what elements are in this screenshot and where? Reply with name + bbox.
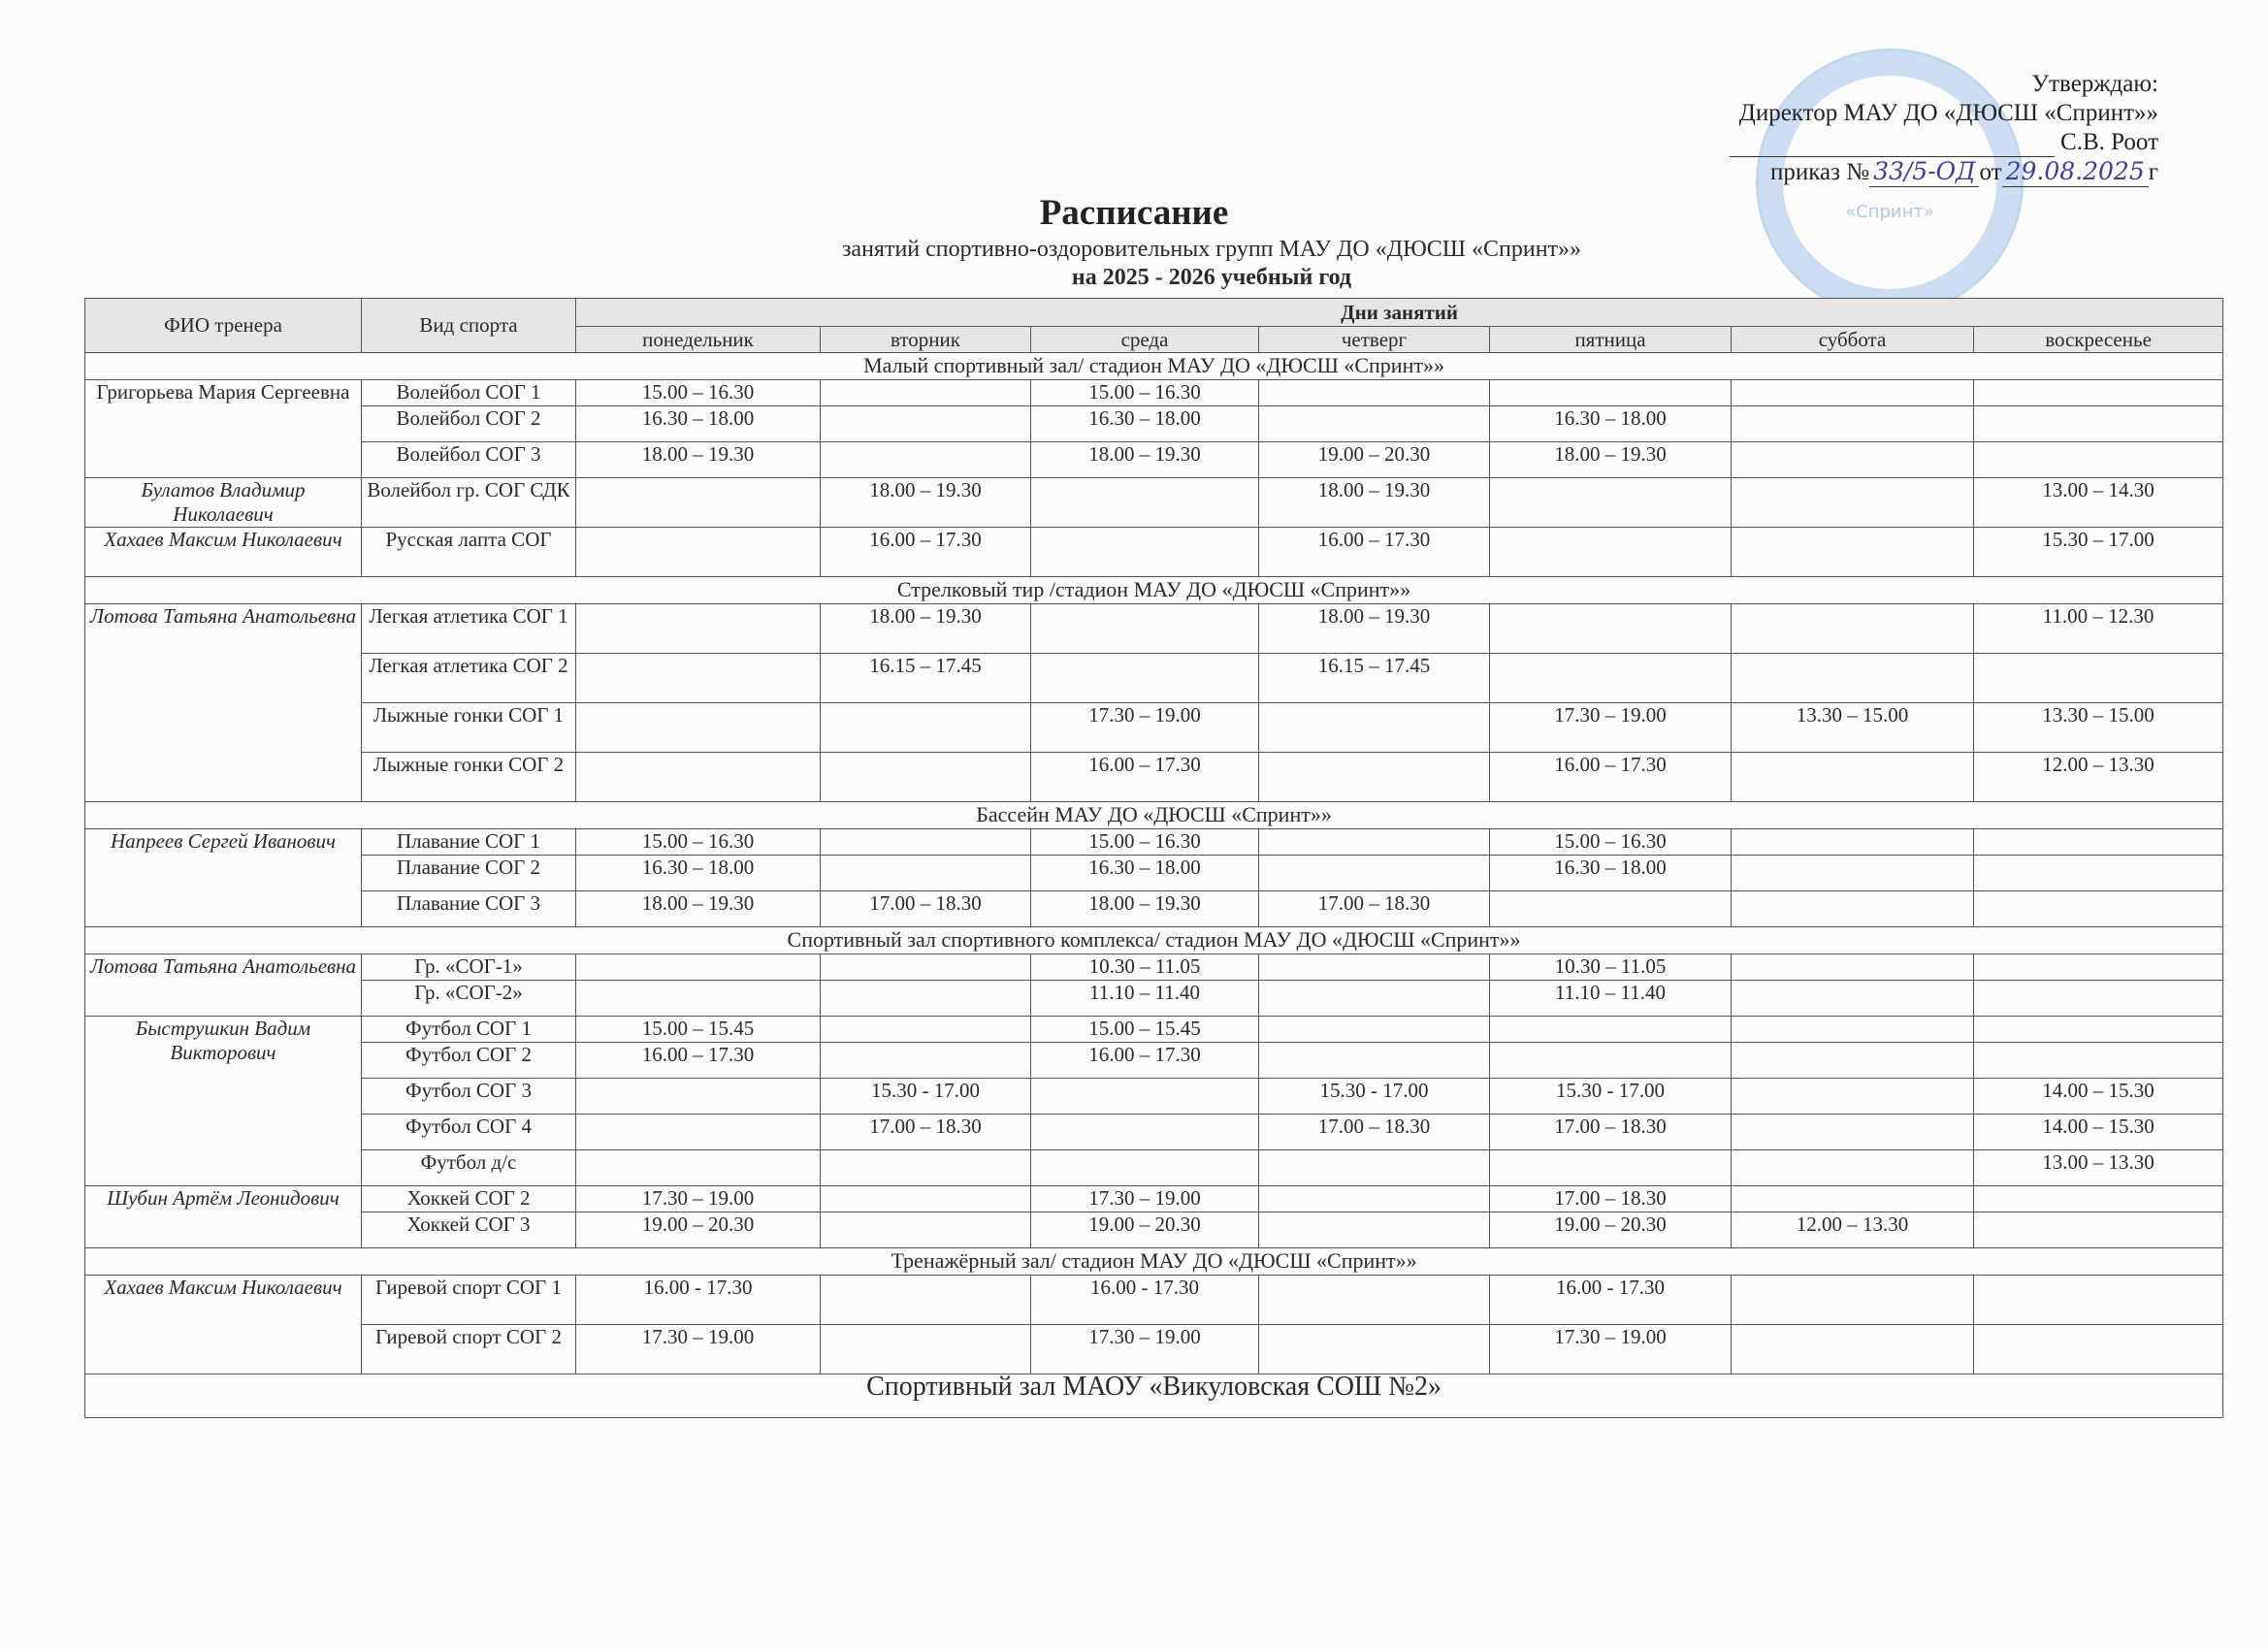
time-slot: 19.00 – 20.30 [1490, 1212, 1732, 1248]
sport-group: Плавание СОГ 3 [362, 891, 576, 927]
venue-heading: Бассейн МАУ ДО «ДЮСШ «Спринт»» [85, 802, 2223, 829]
time-slot [821, 380, 1031, 406]
coach-name: Лотова Татьяна Анатольевна [85, 954, 362, 1017]
time-slot: 16.00 – 17.30 [1031, 753, 1259, 802]
header-day: суббота [1732, 327, 1974, 353]
time-slot: 15.00 – 16.30 [576, 380, 821, 406]
time-slot: 15.00 – 15.45 [1031, 1017, 1259, 1043]
time-slot: 16.00 – 17.30 [821, 528, 1031, 577]
time-slot [821, 406, 1031, 442]
time-slot [1974, 954, 2223, 981]
time-slot: 18.00 – 19.30 [1490, 442, 1732, 478]
table-row: Футбол д/с13.00 – 13.30 [85, 1150, 2223, 1186]
time-slot: 17.30 – 19.00 [576, 1325, 821, 1374]
venue-heading: Стрелковый тир /стадион МАУ ДО «ДЮСШ «Сп… [85, 577, 2223, 604]
time-slot: 18.00 – 19.30 [1031, 891, 1259, 927]
time-slot [1732, 604, 1974, 654]
time-slot [1259, 1325, 1490, 1374]
time-slot [821, 954, 1031, 981]
approval-heading: Утверждаю: [1730, 70, 2158, 99]
time-slot [1732, 1043, 1974, 1079]
time-slot: 16.00 - 17.30 [1490, 1276, 1732, 1325]
document-year: на 2025 - 2026 учебный год [155, 264, 2268, 291]
time-slot [1732, 406, 1974, 442]
header-day: понедельник [576, 327, 821, 353]
time-slot: 16.00 – 17.30 [1259, 528, 1490, 577]
time-slot: 10.30 – 11.05 [1031, 954, 1259, 981]
header-day: вторник [821, 327, 1031, 353]
sport-group: Плавание СОГ 2 [362, 856, 576, 891]
coach-name: Хахаев Максим Николаевич [85, 1276, 362, 1374]
table-row: Напреев Сергей ИвановичПлавание СОГ 115.… [85, 829, 2223, 856]
venue-heading: Спортивный зал спортивного комплекса/ ст… [85, 927, 2223, 954]
sport-group: Лыжные гонки СОГ 1 [362, 703, 576, 753]
time-slot [821, 1186, 1031, 1212]
time-slot: 18.00 – 19.30 [821, 478, 1031, 528]
time-slot [1974, 380, 2223, 406]
time-slot [1490, 528, 1732, 577]
header-day: воскресенье [1974, 327, 2223, 353]
time-slot: 17.30 – 19.00 [576, 1186, 821, 1212]
coach-name: Шубин Артём Леонидович [85, 1186, 362, 1248]
time-slot: 18.00 – 19.30 [821, 604, 1031, 654]
time-slot [1974, 1212, 2223, 1248]
time-slot [1732, 478, 1974, 528]
time-slot: 17.30 – 19.00 [1490, 703, 1732, 753]
time-slot [821, 442, 1031, 478]
time-slot: 17.00 – 18.30 [821, 1115, 1031, 1150]
time-slot [821, 856, 1031, 891]
coach-name: Булатов Владимир Николаевич [85, 478, 362, 528]
document-title: Расписание [0, 192, 2268, 235]
time-slot [1974, 654, 2223, 703]
time-slot [1490, 380, 1732, 406]
time-slot [1259, 703, 1490, 753]
time-slot [821, 1043, 1031, 1079]
table-row: Гиревой спорт СОГ 217.30 – 19.0017.30 – … [85, 1325, 2223, 1374]
time-slot [1259, 1276, 1490, 1325]
time-slot: 18.00 – 19.30 [1259, 478, 1490, 528]
time-slot [1974, 891, 2223, 927]
time-slot [1031, 1150, 1259, 1186]
sport-group: Гр. «СОГ-2» [362, 981, 576, 1017]
coach-name: Напреев Сергей Иванович [85, 829, 362, 927]
time-slot: 16.00 – 17.30 [1490, 753, 1732, 802]
time-slot [1732, 1079, 1974, 1115]
table-row: Григорьева Мария СергеевнаВолейбол СОГ 1… [85, 380, 2223, 406]
sport-group: Легкая атлетика СОГ 2 [362, 654, 576, 703]
time-slot: 15.00 – 15.45 [576, 1017, 821, 1043]
time-slot [1732, 1017, 1974, 1043]
table-row: Хахаев Максим НиколаевичРусская лапта СО… [85, 528, 2223, 577]
header-sport: Вид спорта [362, 299, 576, 353]
time-slot: 10.30 – 11.05 [1490, 954, 1732, 981]
time-slot: 14.00 – 15.30 [1974, 1115, 2223, 1150]
time-slot [1031, 604, 1259, 654]
time-slot [576, 1079, 821, 1115]
time-slot [1732, 1186, 1974, 1212]
time-slot [1732, 856, 1974, 891]
time-slot [1490, 478, 1732, 528]
table-row: Хахаев Максим НиколаевичГиревой спорт СО… [85, 1276, 2223, 1325]
time-slot: 16.30 – 18.00 [1031, 406, 1259, 442]
time-slot [576, 1115, 821, 1150]
time-slot [1490, 891, 1732, 927]
coach-name: Григорьева Мария Сергеевна [85, 380, 362, 478]
venue-row: Стрелковый тир /стадион МАУ ДО «ДЮСШ «Сп… [85, 577, 2223, 604]
time-slot: 11.00 – 12.30 [1974, 604, 2223, 654]
time-slot [1974, 1043, 2223, 1079]
table-row: Лотова Татьяна АнатольевнаЛегкая атлетик… [85, 604, 2223, 654]
time-slot: 17.30 – 19.00 [1031, 1325, 1259, 1374]
time-slot: 17.00 – 18.30 [1490, 1115, 1732, 1150]
table-row: Хоккей СОГ 319.00 – 20.3019.00 – 20.3019… [85, 1212, 2223, 1248]
header-day: пятница [1490, 327, 1732, 353]
time-slot: 18.00 – 19.30 [1259, 604, 1490, 654]
time-slot [1974, 1017, 2223, 1043]
table-row: Шубин Артём ЛеонидовичХоккей СОГ 217.30 … [85, 1186, 2223, 1212]
table-row: Волейбол СОГ 216.30 – 18.0016.30 – 18.00… [85, 406, 2223, 442]
time-slot: 15.00 – 16.30 [1031, 829, 1259, 856]
time-slot [1732, 954, 1974, 981]
time-slot: 18.00 – 19.30 [1031, 442, 1259, 478]
time-slot [1974, 981, 2223, 1017]
venue-row: Спортивный зал МАОУ «Викуловская СОШ №2» [85, 1374, 2223, 1418]
time-slot: 15.00 – 16.30 [1490, 829, 1732, 856]
table-row: Легкая атлетика СОГ 216.15 – 17.4516.15 … [85, 654, 2223, 703]
time-slot: 19.00 – 20.30 [576, 1212, 821, 1248]
time-slot: 15.30 – 17.00 [1974, 528, 2223, 577]
table-row: Футбол СОГ 417.00 – 18.3017.00 – 18.3017… [85, 1115, 2223, 1150]
time-slot: 18.00 – 19.30 [576, 891, 821, 927]
time-slot [576, 981, 821, 1017]
time-slot: 16.00 - 17.30 [576, 1276, 821, 1325]
time-slot [576, 954, 821, 981]
time-slot [1732, 1276, 1974, 1325]
time-slot: 15.30 - 17.00 [821, 1079, 1031, 1115]
time-slot: 13.30 – 15.00 [1974, 703, 2223, 753]
time-slot: 16.30 – 18.00 [1031, 856, 1259, 891]
time-slot: 16.15 – 17.45 [1259, 654, 1490, 703]
time-slot: 17.30 – 19.00 [1031, 703, 1259, 753]
document-header: Расписание занятий спортивно-оздоровител… [0, 192, 2268, 291]
sport-group: Волейбол СОГ 2 [362, 406, 576, 442]
time-slot [1031, 654, 1259, 703]
time-slot [821, 1325, 1031, 1374]
order-prefix: приказ № [1770, 159, 1869, 185]
time-slot: 16.15 – 17.45 [821, 654, 1031, 703]
header-day: четверг [1259, 327, 1490, 353]
time-slot: 17.30 – 19.00 [1031, 1186, 1259, 1212]
time-slot: 17.00 – 18.30 [821, 891, 1031, 927]
table-row: Лыжные гонки СОГ 216.00 – 17.3016.00 – 1… [85, 753, 2223, 802]
time-slot [1031, 1115, 1259, 1150]
time-slot [576, 478, 821, 528]
table-row: Лыжные гонки СОГ 117.30 – 19.0017.30 – 1… [85, 703, 2223, 753]
time-slot [1259, 380, 1490, 406]
table-row: Футбол СОГ 315.30 - 17.0015.30 - 17.0015… [85, 1079, 2223, 1115]
venue-row: Малый спортивный зал/ стадион МАУ ДО «ДЮ… [85, 353, 2223, 380]
time-slot [1732, 829, 1974, 856]
table-row: Плавание СОГ 318.00 – 19.3017.00 – 18.30… [85, 891, 2223, 927]
time-slot [1732, 891, 1974, 927]
order-number: 33/5-ОД [1869, 157, 1979, 187]
time-slot: 17.30 – 19.00 [1490, 1325, 1732, 1374]
time-slot [1031, 528, 1259, 577]
signature [1730, 133, 2055, 157]
time-slot: 11.10 – 11.40 [1031, 981, 1259, 1017]
time-slot: 19.00 – 20.30 [1031, 1212, 1259, 1248]
time-slot [1974, 1325, 2223, 1374]
time-slot [821, 753, 1031, 802]
time-slot: 15.00 – 16.30 [1031, 380, 1259, 406]
sport-group: Футбол СОГ 3 [362, 1079, 576, 1115]
sport-group: Хоккей СОГ 3 [362, 1212, 576, 1248]
table-row: Быструшкин Вадим ВикторовичФутбол СОГ 11… [85, 1017, 2223, 1043]
sport-group: Волейбол СОГ 1 [362, 380, 576, 406]
venue-heading: Спортивный зал МАОУ «Викуловская СОШ №2» [85, 1374, 2223, 1418]
time-slot [1259, 954, 1490, 981]
time-slot: 16.00 - 17.30 [1031, 1276, 1259, 1325]
venue-row: Тренажёрный зал/ стадион МАУ ДО «ДЮСШ «С… [85, 1248, 2223, 1276]
sport-group: Футбол СОГ 2 [362, 1043, 576, 1079]
sport-group: Легкая атлетика СОГ 1 [362, 604, 576, 654]
time-slot: 12.00 – 13.30 [1974, 753, 2223, 802]
document-subtitle: занятий спортивно-оздоровительных групп … [155, 235, 2268, 264]
time-slot: 13.30 – 15.00 [1732, 703, 1974, 753]
table-row: Лотова Татьяна АнатольевнаГр. «СОГ-1»10.… [85, 954, 2223, 981]
table-row: Плавание СОГ 216.30 – 18.0016.30 – 18.00… [85, 856, 2223, 891]
time-slot [1490, 654, 1732, 703]
time-slot [1259, 981, 1490, 1017]
approval-signature-line: С.В. Роот [1730, 128, 2158, 157]
table-row: Футбол СОГ 216.00 – 17.3016.00 – 17.30 [85, 1043, 2223, 1079]
venue-heading: Тренажёрный зал/ стадион МАУ ДО «ДЮСШ «С… [85, 1248, 2223, 1276]
time-slot: 16.30 – 18.00 [1490, 406, 1732, 442]
time-slot [1259, 406, 1490, 442]
time-slot [576, 604, 821, 654]
time-slot [1490, 604, 1732, 654]
sport-group: Гиревой спорт СОГ 2 [362, 1325, 576, 1374]
schedule-table: ФИО тренера Вид спорта Дни занятий понед… [84, 298, 2223, 1418]
coach-name: Лотова Татьяна Анатольевна [85, 604, 362, 802]
time-slot [821, 829, 1031, 856]
time-slot [821, 1276, 1031, 1325]
sport-group: Гиревой спорт СОГ 1 [362, 1276, 576, 1325]
coach-name: Хахаев Максим Николаевич [85, 528, 362, 577]
time-slot [1732, 981, 1974, 1017]
time-slot: 15.30 - 17.00 [1490, 1079, 1732, 1115]
time-slot: 15.00 – 16.30 [576, 829, 821, 856]
time-slot [1490, 1150, 1732, 1186]
table-row: Волейбол СОГ 318.00 – 19.3018.00 – 19.30… [85, 442, 2223, 478]
sport-group: Волейбол гр. СОГ СДК [362, 478, 576, 528]
time-slot: 16.30 – 18.00 [1490, 856, 1732, 891]
time-slot [1490, 1017, 1732, 1043]
header-day: среда [1031, 327, 1259, 353]
header-days: Дни занятий [576, 299, 2223, 327]
time-slot [821, 1017, 1031, 1043]
approval-order: приказ №33/5-ОДот29.08.2025г [1730, 157, 2158, 187]
time-slot [1259, 753, 1490, 802]
time-slot [1259, 829, 1490, 856]
time-slot: 14.00 – 15.30 [1974, 1079, 2223, 1115]
sport-group: Волейбол СОГ 3 [362, 442, 576, 478]
sport-group: Футбол СОГ 4 [362, 1115, 576, 1150]
time-slot [1974, 829, 2223, 856]
time-slot [1732, 380, 1974, 406]
time-slot [1732, 528, 1974, 577]
time-slot [1259, 1186, 1490, 1212]
time-slot: 17.00 – 18.30 [1490, 1186, 1732, 1212]
table-row: Булатов Владимир НиколаевичВолейбол гр. … [85, 478, 2223, 528]
sport-group: Футбол д/с [362, 1150, 576, 1186]
time-slot: 16.30 – 18.00 [576, 406, 821, 442]
sport-group: Русская лапта СОГ [362, 528, 576, 577]
venue-row: Бассейн МАУ ДО «ДЮСШ «Спринт»» [85, 802, 2223, 829]
time-slot [1732, 1115, 1974, 1150]
time-slot: 13.00 – 13.30 [1974, 1150, 2223, 1186]
time-slot [1974, 1276, 2223, 1325]
time-slot [1974, 406, 2223, 442]
time-slot [576, 753, 821, 802]
time-slot [821, 981, 1031, 1017]
order-date: 29.08.2025 [2002, 157, 2149, 187]
time-slot [576, 654, 821, 703]
director-name: С.В. Роот [2060, 129, 2158, 155]
time-slot [1031, 1079, 1259, 1115]
time-slot [1732, 654, 1974, 703]
time-slot [1732, 753, 1974, 802]
time-slot [1974, 442, 2223, 478]
header-coach: ФИО тренера [85, 299, 362, 353]
time-slot [1974, 1186, 2223, 1212]
time-slot [821, 1150, 1031, 1186]
venue-heading: Малый спортивный зал/ стадион МАУ ДО «ДЮ… [85, 353, 2223, 380]
sport-group: Гр. «СОГ-1» [362, 954, 576, 981]
table-row: Гр. «СОГ-2»11.10 – 11.4011.10 – 11.40 [85, 981, 2223, 1017]
time-slot: 17.00 – 18.30 [1259, 891, 1490, 927]
time-slot: 13.00 – 14.30 [1974, 478, 2223, 528]
sport-group: Плавание СОГ 1 [362, 829, 576, 856]
time-slot [1031, 478, 1259, 528]
time-slot [1974, 856, 2223, 891]
time-slot [576, 703, 821, 753]
approval-director: Директор МАУ ДО «ДЮСШ «Спринт»» [1730, 99, 2158, 128]
sport-group: Хоккей СОГ 2 [362, 1186, 576, 1212]
approval-block: Утверждаю: Директор МАУ ДО «ДЮСШ «Спринт… [1730, 70, 2158, 187]
time-slot: 12.00 – 13.30 [1732, 1212, 1974, 1248]
time-slot [1259, 856, 1490, 891]
coach-name: Быструшкин Вадим Викторович [85, 1017, 362, 1186]
time-slot [576, 528, 821, 577]
time-slot [1259, 1043, 1490, 1079]
time-slot [1259, 1212, 1490, 1248]
time-slot [576, 1150, 821, 1186]
time-slot [1259, 1017, 1490, 1043]
time-slot: 16.00 – 17.30 [1031, 1043, 1259, 1079]
time-slot: 15.30 - 17.00 [1259, 1079, 1490, 1115]
time-slot [821, 703, 1031, 753]
sport-group: Футбол СОГ 1 [362, 1017, 576, 1043]
order-suffix: г [2149, 159, 2158, 185]
time-slot: 18.00 – 19.30 [576, 442, 821, 478]
time-slot: 11.10 – 11.40 [1490, 981, 1732, 1017]
sport-group: Лыжные гонки СОГ 2 [362, 753, 576, 802]
time-slot [1732, 1150, 1974, 1186]
order-from: от [1979, 159, 2001, 185]
time-slot: 17.00 – 18.30 [1259, 1115, 1490, 1150]
time-slot [1490, 1043, 1732, 1079]
time-slot [1732, 1325, 1974, 1374]
time-slot: 16.00 – 17.30 [576, 1043, 821, 1079]
venue-row: Спортивный зал спортивного комплекса/ ст… [85, 927, 2223, 954]
time-slot: 19.00 – 20.30 [1259, 442, 1490, 478]
time-slot [1259, 1150, 1490, 1186]
time-slot [821, 1212, 1031, 1248]
time-slot [1732, 442, 1974, 478]
time-slot: 16.30 – 18.00 [576, 856, 821, 891]
